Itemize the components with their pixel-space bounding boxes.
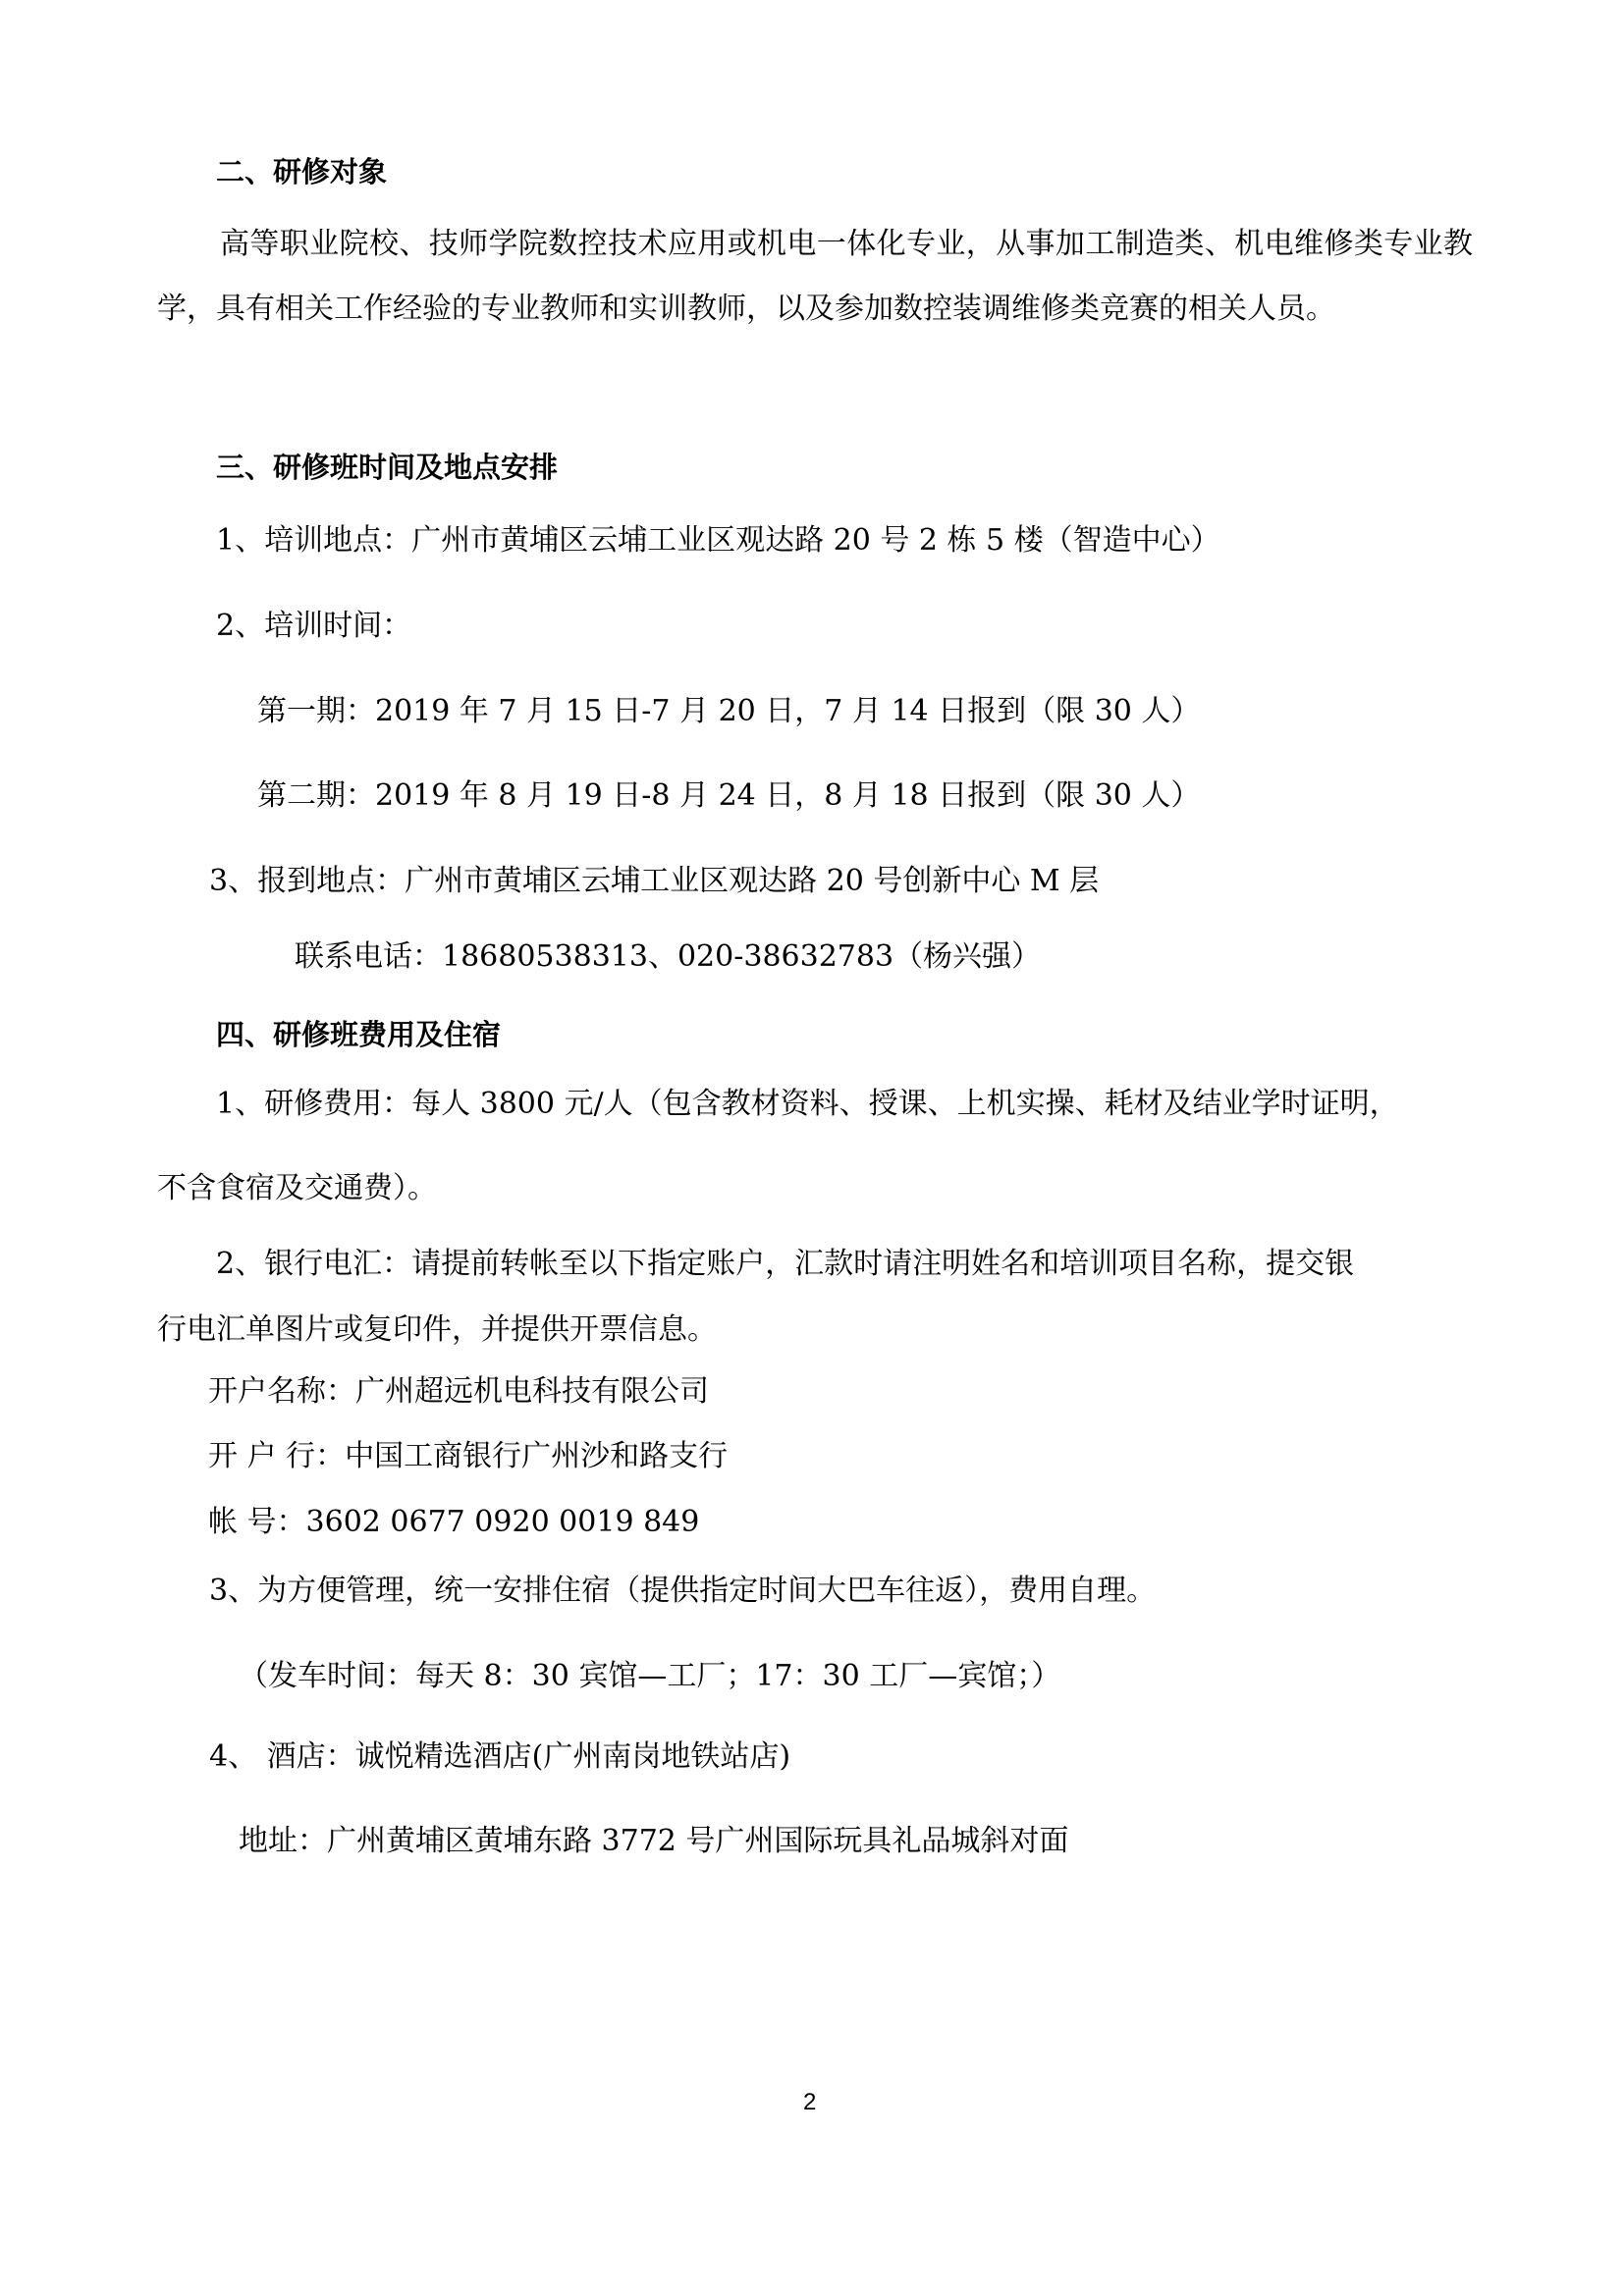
page-number: 2 [803,2089,816,2116]
bank-branch: 开 户 行：中国工商银行广州沙和路支行 [208,1439,728,1474]
fee-line-2: 不含食宿及交通费）。 [157,1171,437,1206]
account-name: 开户名称：广州超远机电科技有限公司 [208,1374,709,1410]
period-1: 第一期：2019 年 7 月 15 日-7 月 20 日，7 月 14 日报到（… [257,694,1200,729]
period-2: 第二期：2019 年 8 月 19 日-8 月 24 日，8 月 18 日报到（… [257,778,1200,814]
account-number: 帐 号：3602 0677 0920 0019 849 [208,1505,699,1540]
section-4-heading: 四、研修班费用及住宿 [216,1017,501,1052]
hotel-name: 4、 酒店：诚悦精选酒店(广州南岗地铁站店) [209,1739,790,1775]
document-page: 二、研修对象 高等职业院校、技师学院数控技术应用或机电一体化专业，从事加工制造类… [0,0,1624,2296]
bank-transfer-line-1: 2、银行电汇：请提前转帐至以下指定账户，汇款时请注明姓名和培训项目名称，提交银 [216,1247,1354,1282]
contact-phone: 联系电话：18680538313、020-38632783（杨兴强） [295,939,1041,975]
accommodation-note: 3、为方便管理，统一安排住宿（提供指定时间大巴车往返），费用自理。 [209,1574,1156,1609]
bank-transfer-line-2: 行电汇单图片或复印件，并提供开票信息。 [157,1312,717,1348]
bus-schedule: （发车时间：每天 8：30 宾馆—工厂；17：30 工厂—宾馆；） [239,1659,1060,1694]
registration-location: 3、报到地点：广州市黄埔区云埔工业区观达路 20 号创新中心 M 层 [209,864,1099,899]
hotel-address: 地址：广州黄埔区黄埔东路 3772 号广州国际玩具礼品城斜对面 [239,1824,1068,1859]
fee-line-1: 1、研修费用：每人 3800 元/人（包含教材资料、授课、上机实操、耗材及结业学… [216,1087,1399,1122]
training-location: 1、培训地点：广州市黄埔区云埔工业区观达路 20 号 2 栋 5 楼（智造中心） [216,523,1220,559]
section-2-heading: 二、研修对象 [216,154,387,189]
section-3-heading: 三、研修班时间及地点安排 [216,450,558,485]
training-time-label: 2、培训时间： [216,609,411,644]
section-2-body: 高等职业院校、技师学院数控技术应用或机电一体化专业，从事加工制造类、机电维修类专… [157,212,1473,342]
